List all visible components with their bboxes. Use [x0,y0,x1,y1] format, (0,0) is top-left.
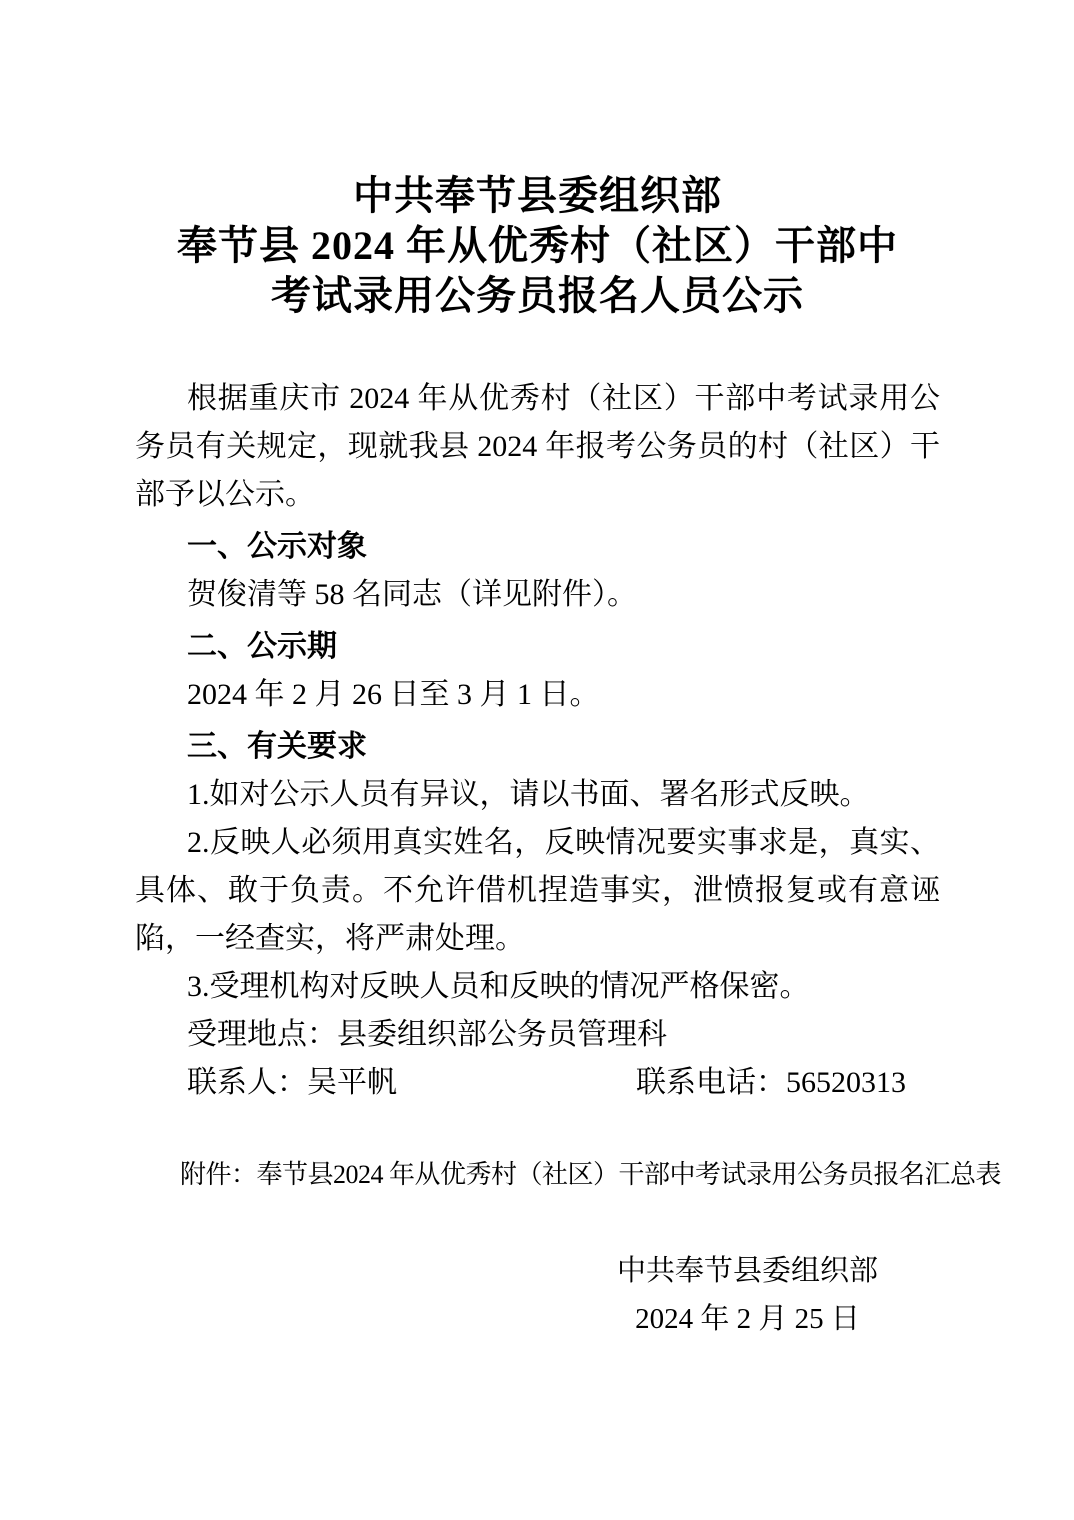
document-title: 中共奉节县委组织部 奉节县 2024 年从优秀村（社区）干部中 考试录用公务员报… [135,171,940,321]
section-3-item-2: 2.反映人必须用真实姓名，反映情况要实事求是，真实、具体、敢于负责。不允许借机捏… [135,819,940,963]
contact-row: 联系人：吴平帆 联系电话：56520313 [135,1059,940,1107]
document-body: 根据重庆市 2024 年从优秀村（社区）干部中考试录用公务员有关规定，现就我县 … [135,375,940,1343]
section-2-heading: 二、公示期 [135,623,940,671]
attachment-line: 附件：奉节县2024 年从优秀村（社区）干部中考试录用公务员报名汇总表 [135,1151,940,1199]
signature-org: 中共奉节县委组织部 [617,1247,878,1295]
title-line-2: 奉节县 2024 年从优秀村（社区）干部中 [135,221,940,271]
section-1-body: 贺俊清等 58 名同志（详见附件）。 [135,571,940,619]
contact-phone: 联系电话：56520313 [636,1059,906,1107]
section-1-heading: 一、公示对象 [135,523,940,571]
section-2-body: 2024 年 2 月 26 日至 3 月 1 日。 [135,671,940,719]
intro-paragraph: 根据重庆市 2024 年从优秀村（社区）干部中考试录用公务员有关规定，现就我县 … [135,375,940,519]
title-line-1: 中共奉节县委组织部 [135,171,940,221]
section-3-item-1: 1.如对公示人员有异议，请以书面、署名形式反映。 [135,771,940,819]
acceptance-location: 受理地点：县委组织部公务员管理科 [135,1011,940,1059]
title-line-3: 考试录用公务员报名人员公示 [135,271,940,321]
signature-date: 2024 年 2 月 25 日 [617,1295,878,1343]
document-page: 中共奉节县委组织部 奉节县 2024 年从优秀村（社区）干部中 考试录用公务员报… [0,0,1074,1520]
section-3-item-3: 3.受理机构对反映人员和反映的情况严格保密。 [135,963,940,1011]
contact-person: 联系人：吴平帆 [187,1066,397,1099]
section-3-heading: 三、有关要求 [135,723,940,771]
signature-block: 中共奉节县委组织部 2024 年 2 月 25 日 [617,1247,878,1343]
